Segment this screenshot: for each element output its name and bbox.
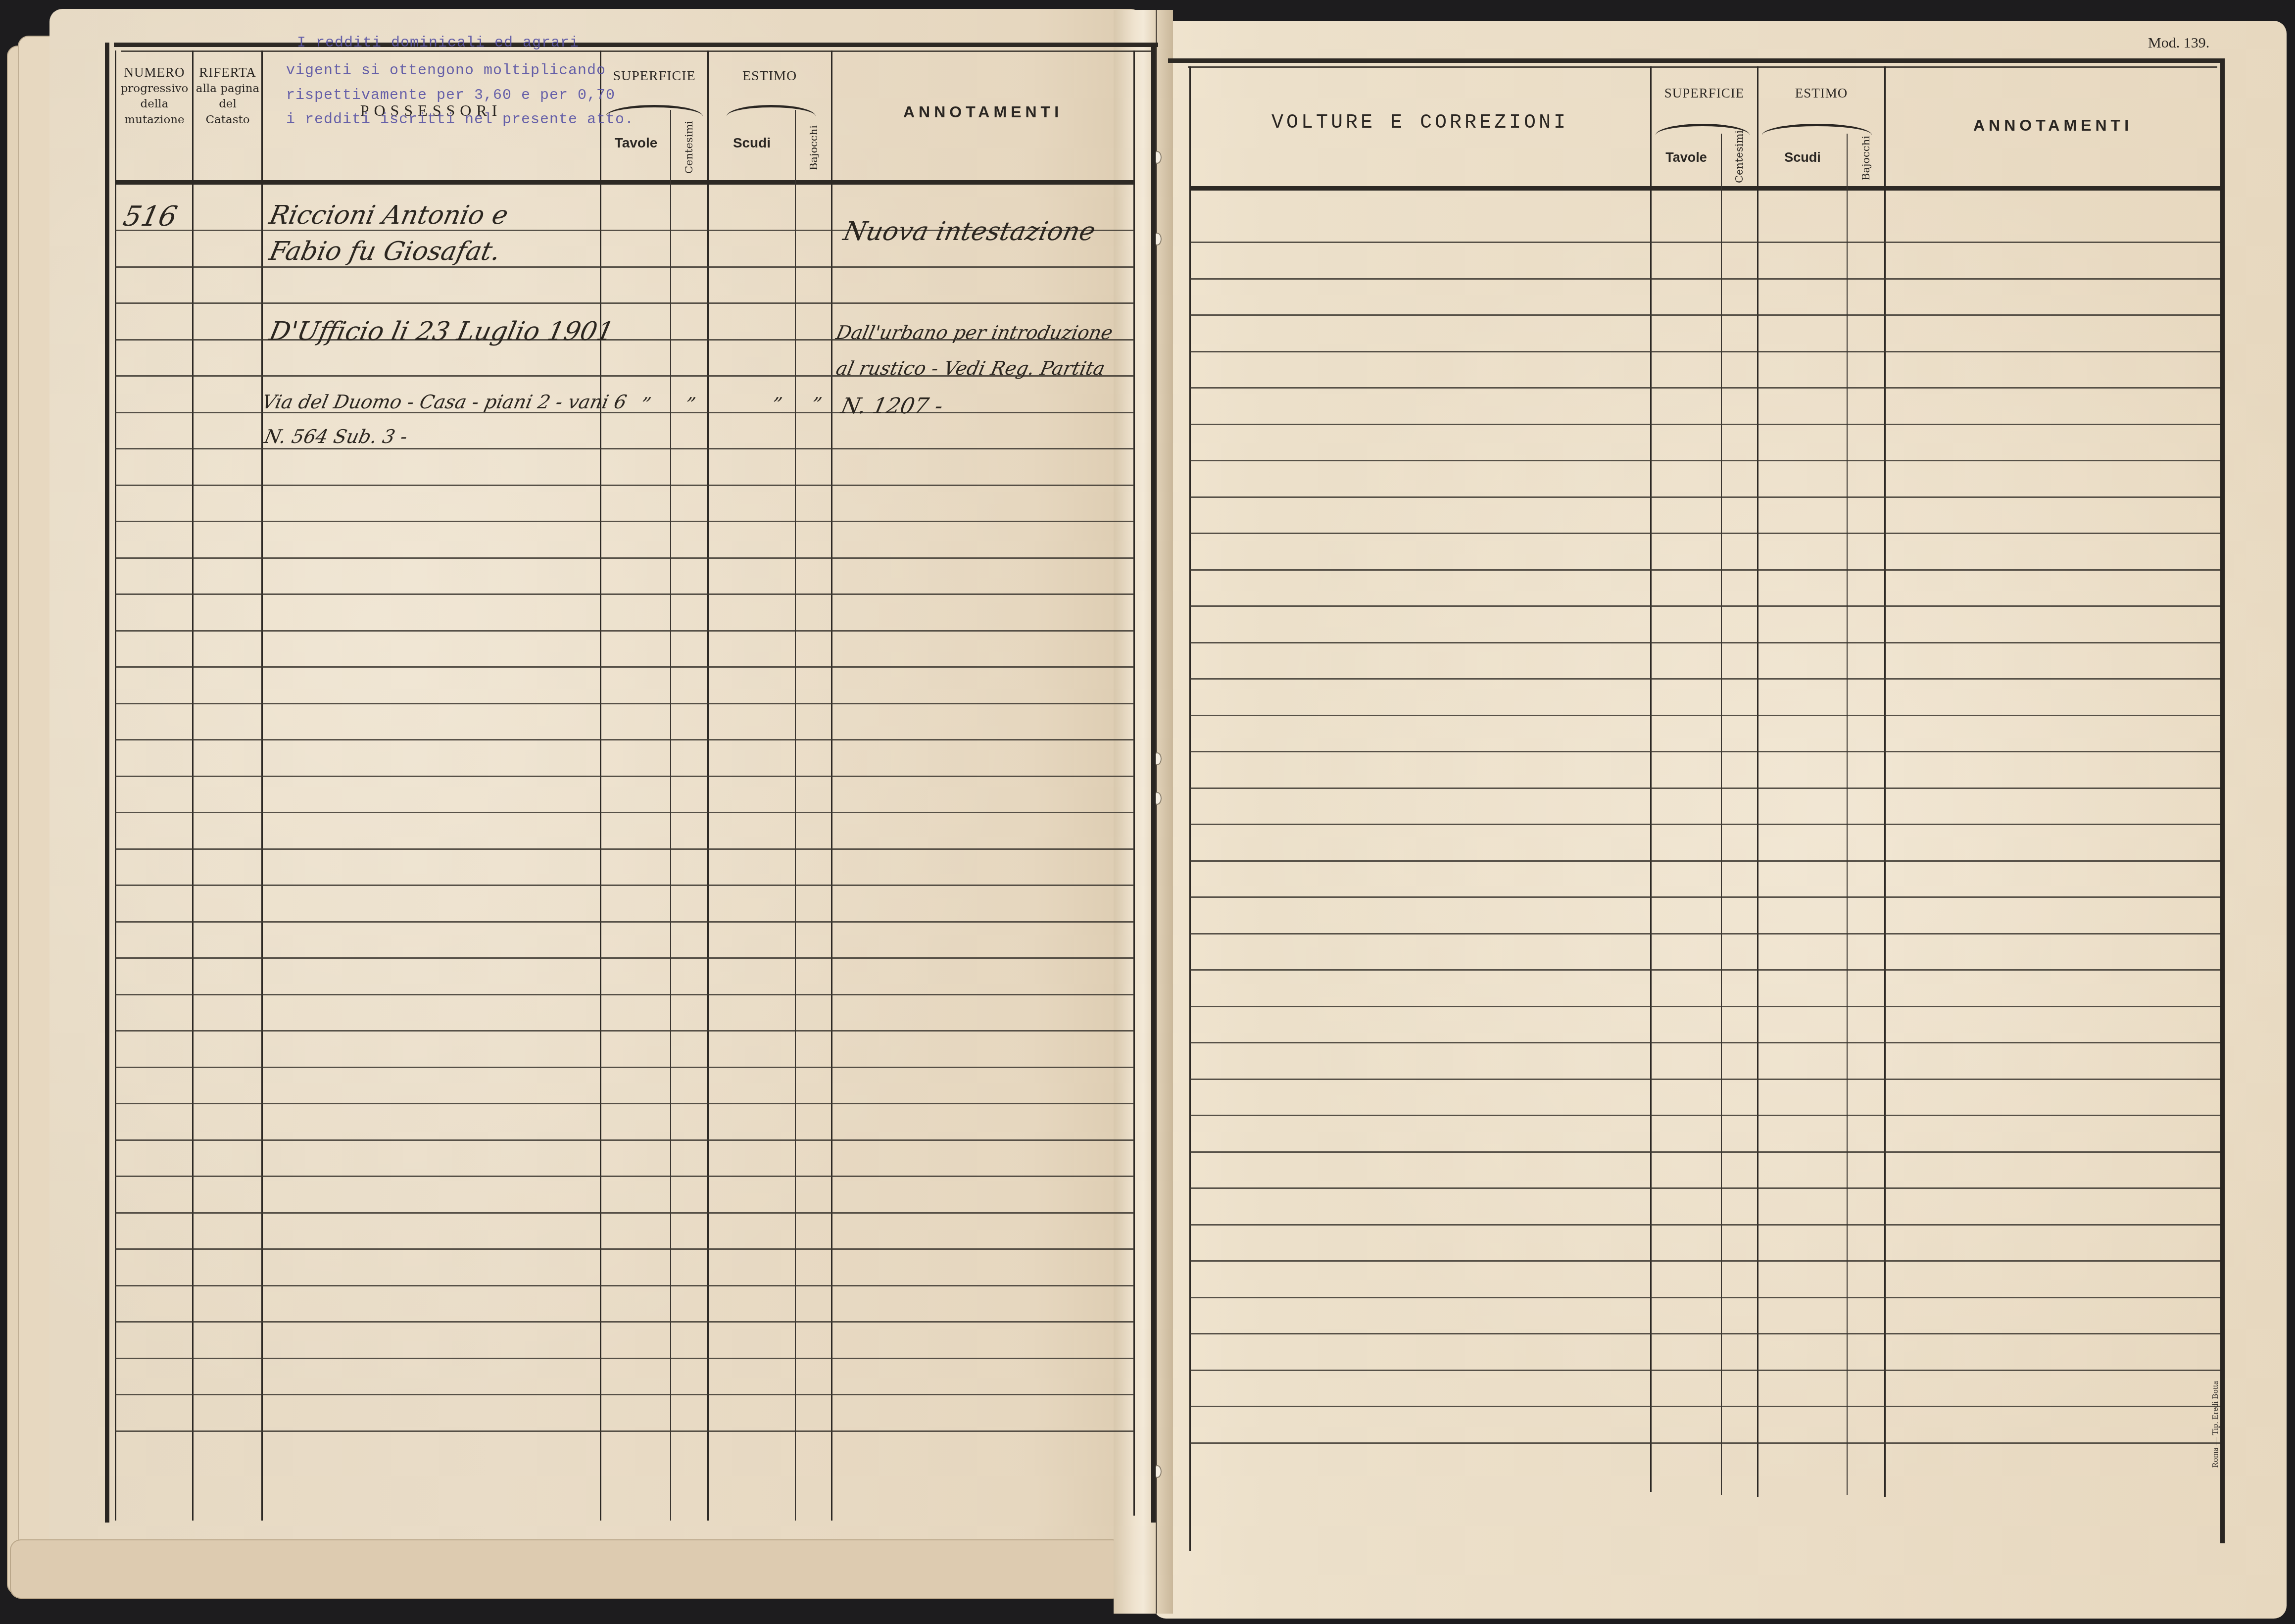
stamp-line-3: rispettivamente per 3,60 e per 0,70 [286, 87, 615, 104]
entry-3-annotamenti: N. 1207 - [839, 394, 945, 419]
table-top-rule [1168, 58, 2225, 63]
entry-1-possessori-line1: Riccioni Antonio e [267, 200, 511, 230]
col-divider [1884, 66, 1886, 1497]
row-rule [115, 921, 1134, 923]
row-rule [1190, 824, 2220, 825]
row-rule [115, 1139, 1134, 1141]
row-rule [115, 1212, 1134, 1214]
header-superficie: SUPERFICIE [601, 67, 707, 86]
row-rule [115, 739, 1134, 740]
row-rule [115, 630, 1134, 632]
row-rule [115, 1067, 1134, 1068]
row-rule [115, 1176, 1134, 1177]
row-rule [115, 776, 1134, 777]
row-rule [1190, 860, 2220, 862]
row-rule [1190, 605, 2220, 607]
entry-1-annotamenti: Nuova intestazione [841, 217, 1098, 246]
row-rule [1190, 933, 2220, 935]
row-rule [1190, 751, 2220, 752]
stamp-line-2: vigenti si ottengono moltiplicando [286, 62, 606, 79]
col-divider [1847, 134, 1848, 1495]
col-divider [795, 110, 796, 1521]
row-rule [1190, 1115, 2220, 1116]
row-rule [115, 1321, 1134, 1323]
row-rule [115, 666, 1134, 668]
col-divider [600, 50, 601, 1521]
row-rule [115, 448, 1134, 449]
row-rule [1190, 969, 2220, 971]
row-rule [115, 1430, 1134, 1432]
header-annotamenti: ANNOTAMENTI [1886, 115, 2220, 136]
row-rule [115, 885, 1134, 886]
header-riferta-title: RIFERTA [193, 63, 262, 81]
row-rule [115, 1285, 1134, 1286]
entry-3-possessori-line1: Via del Duomo - Casa - piani 2 - vani 6 [260, 391, 629, 413]
entry-2-annotamenti-line1: Dall'urbano per introduzione [834, 322, 1115, 344]
row-rule [1190, 351, 2220, 352]
entry-3-possessori-line2: N. 564 Sub. 3 - [262, 426, 409, 447]
row-rule [115, 521, 1134, 522]
row-rule [115, 485, 1134, 486]
table-left-border [1189, 66, 1191, 1551]
entry-2-annotamenti-line2: al rustico - Vedi Reg. Partita [834, 357, 1107, 379]
col-divider [831, 50, 832, 1521]
row-rule [1190, 1260, 2220, 1262]
header-superficie: SUPERFICIE [1652, 84, 1757, 102]
row-rule [1190, 1297, 2220, 1298]
header-superficie-tavole: Tavole [601, 134, 671, 152]
row-rule [1190, 1370, 2220, 1371]
table-right-border [1151, 43, 1156, 1523]
header-annotamenti: ANNOTAMENTI [832, 101, 1133, 123]
col-divider [1721, 134, 1722, 1495]
header-riferta-l2: del [193, 97, 262, 112]
form-number: Mod. 139. [2148, 35, 2209, 51]
row-rule [1190, 678, 2220, 680]
row-rule [1190, 1006, 2220, 1007]
row-rule [1190, 496, 2220, 498]
row-rule [115, 848, 1134, 850]
row-rule [1190, 1442, 2220, 1444]
row-rule [115, 994, 1134, 995]
header-estimo-scudi: Scudi [1758, 148, 1847, 166]
header-estimo-bajocchi: Bajocchi [807, 121, 821, 175]
right-page [1153, 21, 2287, 1619]
table-left-border-inner [115, 50, 116, 1521]
row-rule [115, 1394, 1134, 1395]
table-top-rule-inner [121, 50, 1151, 52]
header-riferta-l3: Catasto [193, 112, 262, 128]
row-rule [1190, 314, 2220, 316]
header-bottom-rule [115, 180, 1134, 185]
printer-mark: Roma — Tip. Eredi Botta [2210, 1381, 2220, 1468]
row-rule [1190, 642, 2220, 643]
header-numero-l2: della [117, 97, 192, 112]
row-rule [1190, 1042, 2220, 1043]
row-rule [1190, 460, 2220, 461]
col-divider [192, 50, 194, 1521]
header-superficie-centesimi: Centesimi [1732, 131, 1746, 183]
spine-fold [1156, 10, 1157, 1614]
header-numero-l3: mutazione [117, 112, 192, 128]
row-rule [115, 812, 1134, 813]
row-rule [115, 957, 1134, 959]
table-left-border [105, 43, 109, 1523]
row-rule [1190, 533, 2220, 534]
row-rule [1190, 787, 2220, 789]
row-rule [115, 302, 1134, 304]
header-numero: NUMERO progressivo della mutazione [117, 63, 192, 128]
header-estimo: ESTIMO [1758, 84, 1884, 102]
row-rule [115, 1248, 1134, 1250]
col-divider [707, 50, 709, 1521]
col-divider [261, 50, 263, 1521]
stamp-line-1: I redditi dominicali ed agrari [297, 35, 579, 51]
header-riferta: RIFERTA alla pagina del Catasto [193, 63, 262, 128]
page-edge-bottom [10, 1539, 1123, 1599]
row-rule [1190, 387, 2220, 389]
row-rule [1190, 1187, 2220, 1189]
row-rule [115, 557, 1134, 559]
row-rule [115, 1030, 1134, 1032]
header-volture-correzioni: VOLTURE E CORREZIONI [1190, 110, 1650, 137]
row-rule [1190, 569, 2220, 571]
header-estimo-bajocchi: Bajocchi [1859, 134, 1873, 183]
table-top-rule-inner [1188, 66, 2217, 68]
row-rule [1190, 1333, 2220, 1334]
header-numero-l1: progressivo [117, 81, 192, 97]
header-riferta-l1: alla pagina [193, 81, 262, 97]
col-divider [670, 110, 671, 1521]
entry-2-possessori: D'Ufficio li 23 Luglio 1901 [267, 317, 617, 346]
header-bottom-rule [1190, 186, 2220, 191]
row-rule [1190, 1406, 2220, 1407]
table-top-rule [114, 43, 1158, 47]
row-rule [115, 1103, 1134, 1104]
header-numero-title: NUMERO [117, 63, 192, 81]
row-rule [1190, 278, 2220, 280]
table-right-border [2220, 58, 2225, 1543]
col-divider [1757, 66, 1758, 1497]
row-rule [1190, 1151, 2220, 1153]
row-rule [1190, 715, 2220, 716]
row-rule [1190, 242, 2220, 243]
row-rule [1190, 424, 2220, 425]
header-superficie-tavole: Tavole [1652, 148, 1721, 166]
row-rule [1190, 1079, 2220, 1080]
row-rule [1190, 1224, 2220, 1226]
row-rule [115, 1358, 1134, 1359]
entry-1-possessori-line2: Fabio fu Giosafat. [267, 237, 503, 266]
header-superficie-centesimi: Centesimi [682, 119, 696, 176]
header-estimo-scudi: Scudi [709, 134, 795, 152]
row-rule [115, 593, 1134, 595]
table-right-border-inner [1133, 50, 1135, 1516]
header-estimo: ESTIMO [709, 67, 830, 86]
row-rule [115, 703, 1134, 704]
col-divider [1650, 66, 1652, 1492]
row-rule [1190, 896, 2220, 898]
entry-1-numero: 516 [120, 200, 180, 233]
stamp-line-4: i redditi iscritti nel presente atto. [286, 111, 634, 128]
